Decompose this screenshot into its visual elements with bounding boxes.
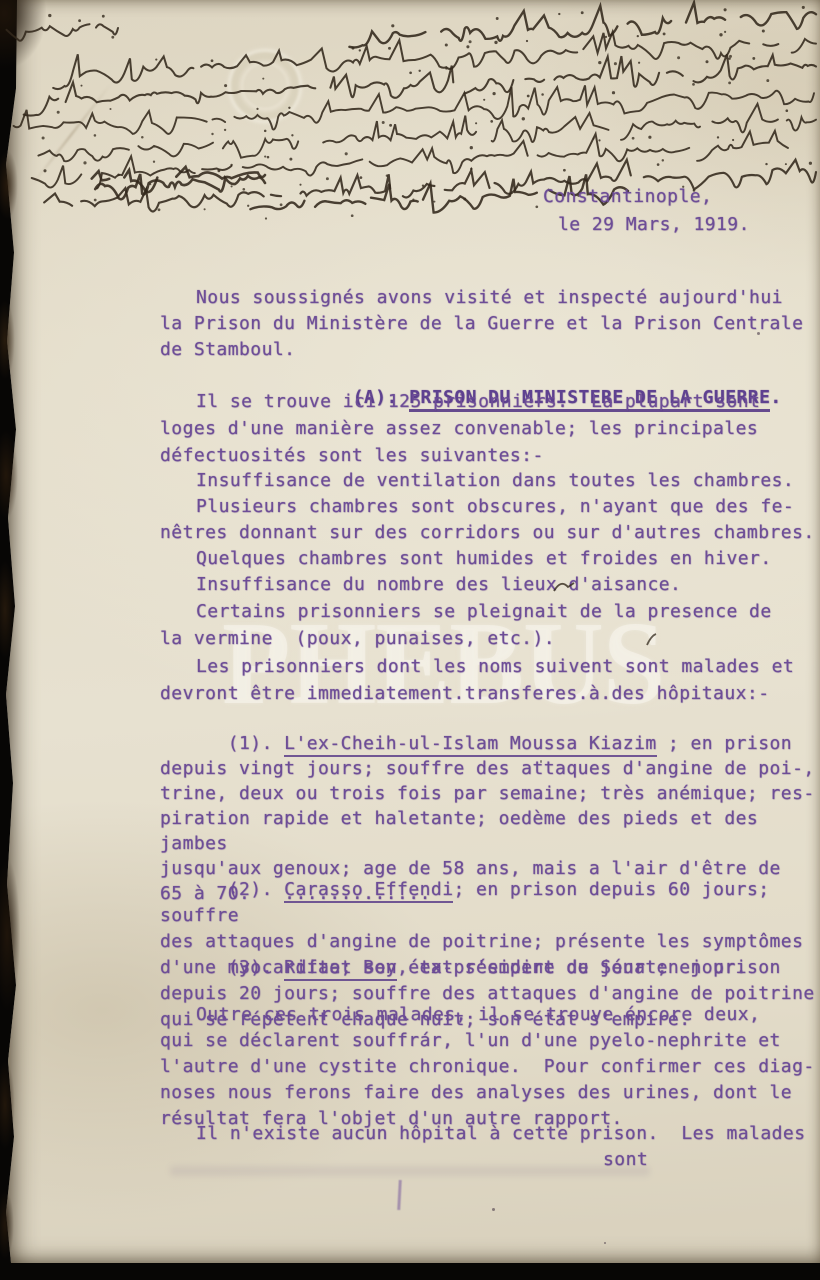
case-1-number: (1). [228,733,284,754]
prisoner-name-3: Rifaat Bey [284,957,397,981]
paper-speck [540,760,542,763]
handwritten-tick-mark [644,632,660,648]
paper-speck [757,332,760,335]
paragraph-intro: Nous soussignés avons visité et inspecté… [160,285,820,363]
dateline-city: Constantinople, [543,184,712,210]
item-ventilation: Insuffisance de ventilation dans toutes … [160,468,820,494]
item-aisance: Insuffisance du nombre des lieux d'aisan… [160,572,820,598]
paragraph-count: Il se trouve ici 125 prisonniers. La plu… [160,388,820,469]
paper-speck [604,1242,606,1244]
prisoner-name-2: Carasso Effendi [284,879,453,903]
paragraph-hopital: Il n'existe aucun hôpital à cette prison… [160,1121,820,1147]
item-vermine: Certains prisonniers se pleignait de la … [160,598,820,652]
case-2-number: (2). [228,879,284,900]
ink-smudge [170,1166,650,1176]
handwritten-correction-mark [552,578,578,594]
scanned-document: PHEBUS Constantinople, le 29 Mars, 1919.… [0,0,820,1280]
paragraph-transfer: Les prisonniers dont les noms suivent so… [160,653,820,707]
item-obscures: Plusieurs chambres sont obscures, n'ayan… [160,494,820,546]
case-3-number: (3). [228,957,284,978]
typed-report: Constantinople, le 29 Mars, 1919. Nous s… [0,0,820,1280]
paper-speck [492,1208,495,1211]
dateline-date: le 29 Mars, 1919. [558,212,750,238]
paragraph-outre: Outre ces trois malades, il se trouve én… [160,1002,820,1132]
prisoner-name-1: L'ex-Cheih-ul-Islam Moussa Kiazim [284,733,656,757]
item-humides: Quelques chambres sont humides et froide… [160,546,820,572]
